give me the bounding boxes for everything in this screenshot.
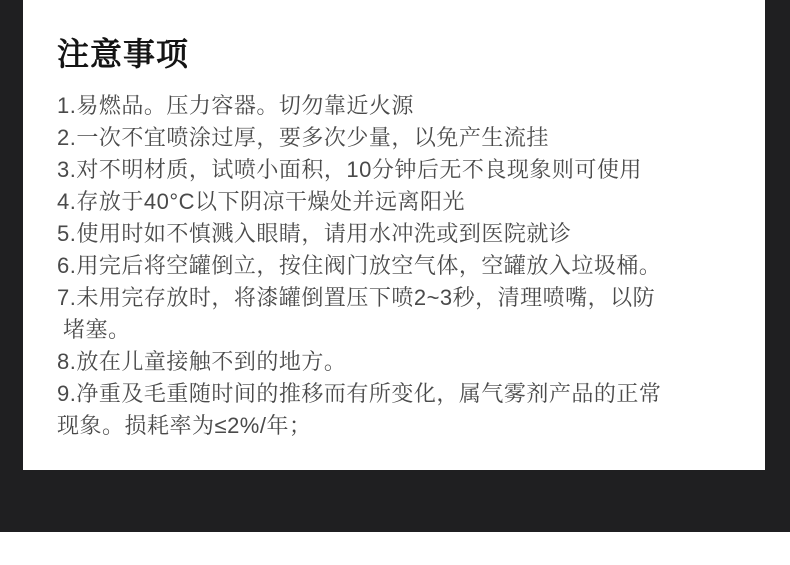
precautions-card: 注意事项 1.易燃品。压力容器。切勿靠近火源 2.一次不宜喷涂过厚，要多次少量，… <box>23 0 765 470</box>
notice-item-9-continued: 现象。损耗率为≤2%/年； <box>57 410 745 442</box>
notice-item-2: 2.一次不宜喷涂过厚，要多次少量，以免产生流挂 <box>57 122 745 154</box>
notice-item-4: 4.存放于40°C以下阴凉干燥处并远离阳光 <box>57 186 745 218</box>
next-section-edge <box>0 532 790 565</box>
page-background: 注意事项 1.易燃品。压力容器。切勿靠近火源 2.一次不宜喷涂过厚，要多次少量，… <box>0 0 790 565</box>
notice-item-9: 9.净重及毛重随时间的推移而有所变化，属气雾剂产品的正常 <box>57 378 745 410</box>
notice-item-7-continued: 堵塞。 <box>57 314 745 346</box>
notice-item-7: 7.未用完存放时，将漆罐倒置压下喷2~3秒，清理喷嘴，以防 <box>57 282 745 314</box>
notice-item-1: 1.易燃品。压力容器。切勿靠近火源 <box>57 90 745 122</box>
notice-title: 注意事项 <box>57 36 745 72</box>
notice-item-6: 6.用完后将空罐倒立，按住阀门放空气体，空罐放入垃圾桶。 <box>57 250 745 282</box>
notice-item-8: 8.放在儿童接触不到的地方。 <box>57 346 745 378</box>
notice-list: 1.易燃品。压力容器。切勿靠近火源 2.一次不宜喷涂过厚，要多次少量，以免产生流… <box>57 90 745 442</box>
notice-item-5: 5.使用时如不慎溅入眼睛，请用水冲洗或到医院就诊 <box>57 218 745 250</box>
notice-item-3: 3.对不明材质，试喷小面积，10分钟后无不良现象则可使用 <box>57 154 745 186</box>
section-divider-gap <box>0 470 790 532</box>
